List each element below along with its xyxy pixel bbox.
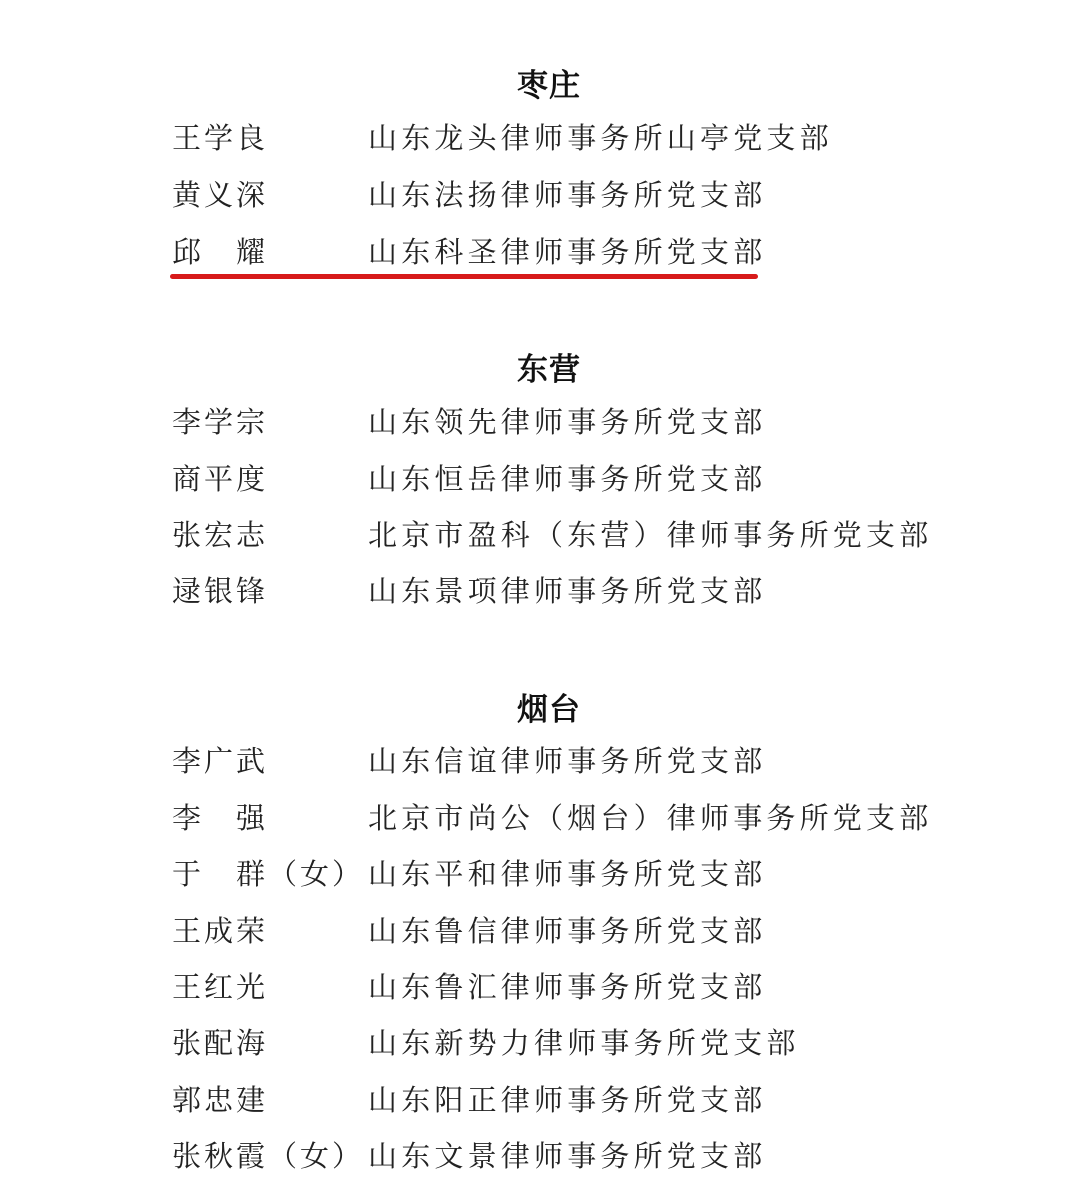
organization: 山东法扬律师事务所党支部	[368, 175, 766, 215]
person-name: 黄义深	[172, 175, 268, 215]
organization: 山东景项律师事务所党支部	[368, 571, 766, 611]
organization: 山东信谊律师事务所党支部	[368, 741, 766, 781]
organization: 山东科圣律师事务所党支部	[368, 232, 766, 272]
organization: 山东恒岳律师事务所党支部	[368, 459, 766, 499]
organization: 山东文景律师事务所党支部	[368, 1136, 766, 1176]
person-name: 邱 耀	[172, 232, 268, 272]
person-name: 于 群（女）	[172, 854, 364, 894]
person-name: 张配海	[172, 1023, 268, 1063]
person-name: 逯银锋	[172, 571, 268, 611]
person-name: 王成荣	[172, 911, 268, 951]
organization: 山东领先律师事务所党支部	[368, 402, 766, 442]
person-name: 李学宗	[172, 402, 268, 442]
section-title-yantai: 烟台	[0, 684, 1080, 729]
person-name: 张宏志	[172, 515, 268, 555]
red-underline-highlight	[170, 274, 758, 279]
person-name: 郭忠建	[172, 1080, 268, 1120]
organization: 山东新势力律师事务所党支部	[368, 1023, 800, 1063]
person-name: 王学良	[172, 118, 268, 158]
person-name: 李 强	[172, 798, 268, 838]
section-title-zaozhuang: 枣庄	[0, 60, 1080, 105]
person-name: 李广武	[172, 741, 268, 781]
person-name: 张秋霞（女）	[172, 1136, 364, 1176]
organization: 山东阳正律师事务所党支部	[368, 1080, 766, 1120]
organization: 北京市盈科（东营）律师事务所党支部	[368, 515, 932, 555]
section-title-dongying: 东营	[0, 344, 1080, 389]
organization: 山东龙头律师事务所山亭党支部	[368, 118, 833, 158]
organization: 北京市尚公（烟台）律师事务所党支部	[368, 798, 932, 838]
organization: 山东平和律师事务所党支部	[368, 854, 766, 894]
person-name: 商平度	[172, 459, 268, 499]
organization: 山东鲁汇律师事务所党支部	[368, 967, 766, 1007]
organization: 山东鲁信律师事务所党支部	[368, 911, 766, 951]
person-name: 王红光	[172, 967, 268, 1007]
